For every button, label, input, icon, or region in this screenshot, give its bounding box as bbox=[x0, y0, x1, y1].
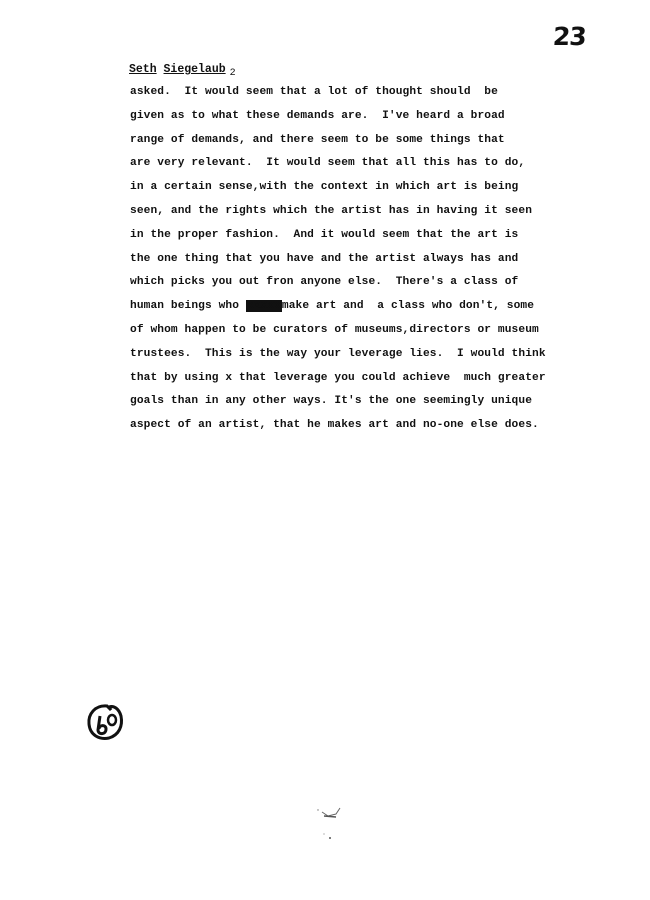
text-line: in a certain sense,with the context in w… bbox=[130, 181, 546, 205]
text-line: that by using x that leverage you could … bbox=[130, 372, 546, 396]
text-line: goals than in any other ways. It's the o… bbox=[130, 395, 546, 419]
text-line: range of demands, and there seem to be s… bbox=[130, 134, 546, 158]
text-line: the one thing that you have and the arti… bbox=[130, 253, 546, 277]
text-line: aspect of an artist, that he makes art a… bbox=[130, 419, 546, 443]
typed-body-text: asked. It would seem that a lot of thoug… bbox=[130, 86, 546, 443]
text-segment: human beings who bbox=[130, 300, 246, 312]
document-header: Seth Siegelaub2 bbox=[129, 63, 236, 79]
text-line: which picks you out fron anyone else. Th… bbox=[130, 276, 546, 300]
speaker-first-name: Seth bbox=[129, 63, 157, 76]
text-line: trustees. This is the way your leverage … bbox=[130, 348, 546, 372]
text-line: seen, and the rights which the artist ha… bbox=[130, 205, 546, 229]
text-line: asked. It would seem that a lot of thoug… bbox=[130, 86, 546, 110]
text-line: given as to what these demands are. I've… bbox=[130, 110, 546, 134]
struck-out-text: xxxxx bbox=[246, 300, 282, 312]
text-line: of whom happen to be curators of museums… bbox=[130, 324, 546, 348]
speaker-last-name: Siegelaub bbox=[164, 63, 226, 76]
text-line: human beings who xxxxxmake art and a cla… bbox=[130, 300, 546, 324]
page-index: 2 bbox=[230, 68, 236, 79]
scan-smudge-icon bbox=[310, 800, 360, 850]
text-segment: make art and a class who don't, some bbox=[282, 300, 534, 312]
handwritten-circled-number-icon bbox=[85, 702, 125, 742]
text-line: in the proper fashion. And it would seem… bbox=[130, 229, 546, 253]
page-number: 23 bbox=[552, 22, 587, 51]
text-line: are very relevant. It would seem that al… bbox=[130, 157, 546, 181]
